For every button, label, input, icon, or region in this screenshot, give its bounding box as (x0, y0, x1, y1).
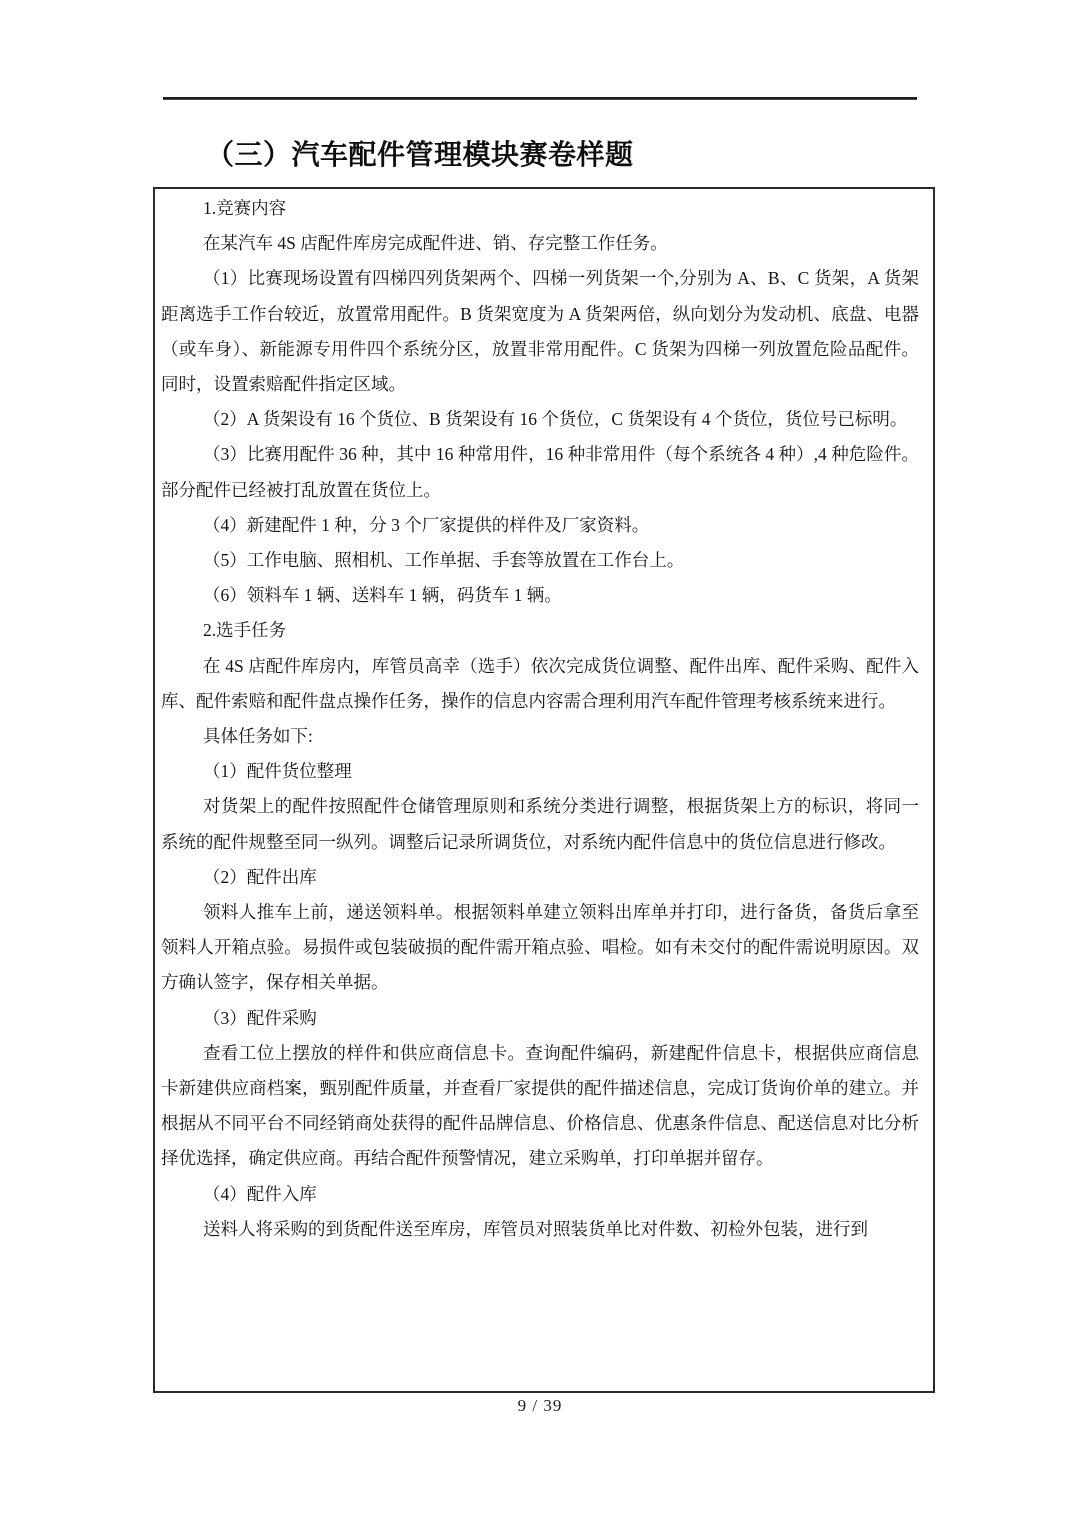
section-title: （三）汽车配件管理模块赛卷样题 (206, 133, 634, 173)
paragraph: 2.选手任务 (161, 613, 919, 648)
paragraph: 在某汽车 4S 店配件库房完成配件进、销、存完整工作任务。 (161, 226, 919, 261)
header-divider-rule (163, 97, 917, 100)
paragraph: 在 4S 店配件库房内，库管员高幸（选手）依次完成货位调整、配件出库、配件采购、… (161, 649, 919, 719)
paragraph: （1）配件货位整理 (161, 754, 919, 789)
paragraph: （3）比赛用配件 36 种，其中 16 种常用件，16 种非常用件（每个系统各 … (161, 437, 919, 507)
paragraph: （2）A 货架设有 16 个货位、B 货架设有 16 个货位，C 货架设有 4 … (161, 402, 919, 437)
paragraph: （3）配件采购 (161, 1001, 919, 1036)
paragraph: （4）新建配件 1 种，分 3 个厂家提供的样件及厂家资料。 (161, 508, 919, 543)
paragraph: 送料人将采购的到货配件送至库房，库管员对照装货单比对件数、初检外包装，进行到 (161, 1212, 919, 1247)
document-page: （三）汽车配件管理模块赛卷样题 1.竞赛内容在某汽车 4S 店配件库房完成配件进… (0, 0, 1080, 1527)
paragraph: （4）配件入库 (161, 1177, 919, 1212)
paragraph: （1）比赛现场设置有四梯四列货架两个、四梯一列货架一个,分别为 A、B、C 货架… (161, 261, 919, 402)
page-number: 9 / 39 (0, 1396, 1080, 1416)
paragraph: 对货架上的配件按照配件仓储管理原则和系统分类进行调整，根据货架上方的标识，将同一… (161, 789, 919, 859)
paragraph: （6）领料车 1 辆、送料车 1 辆，码货车 1 辆。 (161, 578, 919, 613)
content-box: 1.竞赛内容在某汽车 4S 店配件库房完成配件进、销、存完整工作任务。（1）比赛… (153, 187, 935, 1393)
paragraph: （2）配件出库 (161, 860, 919, 895)
paragraph: （5）工作电脑、照相机、工作单据、手套等放置在工作台上。 (161, 543, 919, 578)
paragraph: 具体任务如下: (161, 719, 919, 754)
paragraph: 1.竞赛内容 (161, 191, 919, 226)
paragraph: 领料人推车上前，递送领料单。根据领料单建立领料出库单并打印，进行备货，备货后拿至… (161, 895, 919, 1001)
paragraph: 查看工位上摆放的样件和供应商信息卡。查询配件编码，新建配件信息卡，根据供应商信息… (161, 1036, 919, 1177)
